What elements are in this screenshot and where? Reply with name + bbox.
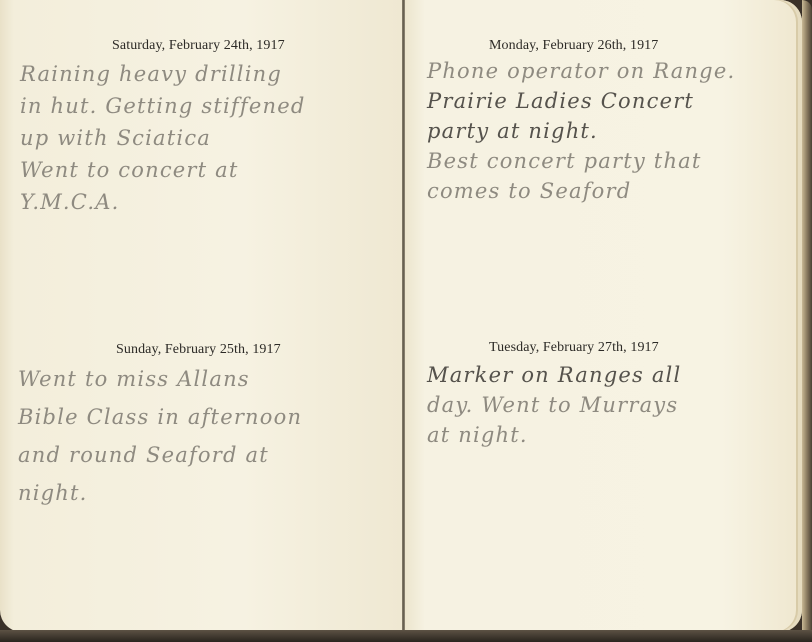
handwriting-line: Went to miss Allans — [18, 360, 398, 398]
right-page: Monday, February 26th, 1917 Phone operat… — [405, 0, 802, 632]
page-stack-edge — [802, 0, 812, 640]
entry-date-heading: Sunday, February 25th, 1917 — [116, 342, 281, 358]
diary-entry-feb-26: Monday, February 26th, 1917 Phone operat… — [405, 0, 802, 320]
entry-handwriting: Phone operator on Range. Prairie Ladies … — [427, 56, 807, 206]
handwriting-line: Raining heavy drilling — [20, 58, 400, 90]
handwriting-line: Went to concert at — [20, 154, 400, 186]
handwriting-line: Phone operator on Range. — [427, 56, 807, 86]
handwriting-line: night. — [18, 474, 398, 512]
handwriting-line: party at night. — [427, 116, 807, 146]
diary-entry-feb-24: Saturday, February 24th, 1917 Raining he… — [0, 0, 403, 320]
handwriting-line: comes to Seaford — [427, 176, 807, 206]
entry-handwriting: Marker on Ranges all day. Went to Murray… — [427, 360, 807, 450]
handwriting-line: at night. — [427, 420, 807, 450]
handwriting-line: Prairie Ladies Concert — [427, 86, 807, 116]
handwriting-line: day. Went to Murrays — [427, 390, 807, 420]
entry-date-heading: Tuesday, February 27th, 1917 — [489, 340, 659, 356]
handwriting-line: Best concert party that — [427, 146, 807, 176]
entry-handwriting: Went to miss Allans Bible Class in after… — [18, 360, 398, 512]
left-page: Saturday, February 24th, 1917 Raining he… — [0, 0, 403, 632]
handwriting-line: Marker on Ranges all — [427, 360, 807, 390]
handwriting-line: in hut. Getting stiffened — [20, 90, 400, 122]
diary-entry-feb-25: Sunday, February 25th, 1917 Went to miss… — [0, 320, 403, 630]
diary-spread: Saturday, February 24th, 1917 Raining he… — [0, 0, 812, 642]
entry-handwriting: Raining heavy drilling in hut. Getting s… — [20, 58, 400, 218]
handwriting-line: and round Seaford at — [18, 436, 398, 474]
entry-date-heading: Saturday, February 24th, 1917 — [112, 38, 285, 54]
cover-bottom-edge — [0, 630, 812, 642]
diary-entry-feb-27: Tuesday, February 27th, 1917 Marker on R… — [405, 320, 802, 630]
handwriting-line: Y.M.C.A. — [20, 186, 400, 218]
entry-date-heading: Monday, February 26th, 1917 — [489, 38, 658, 54]
handwriting-line: up with Sciatica — [20, 122, 400, 154]
handwriting-line: Bible Class in afternoon — [18, 398, 398, 436]
